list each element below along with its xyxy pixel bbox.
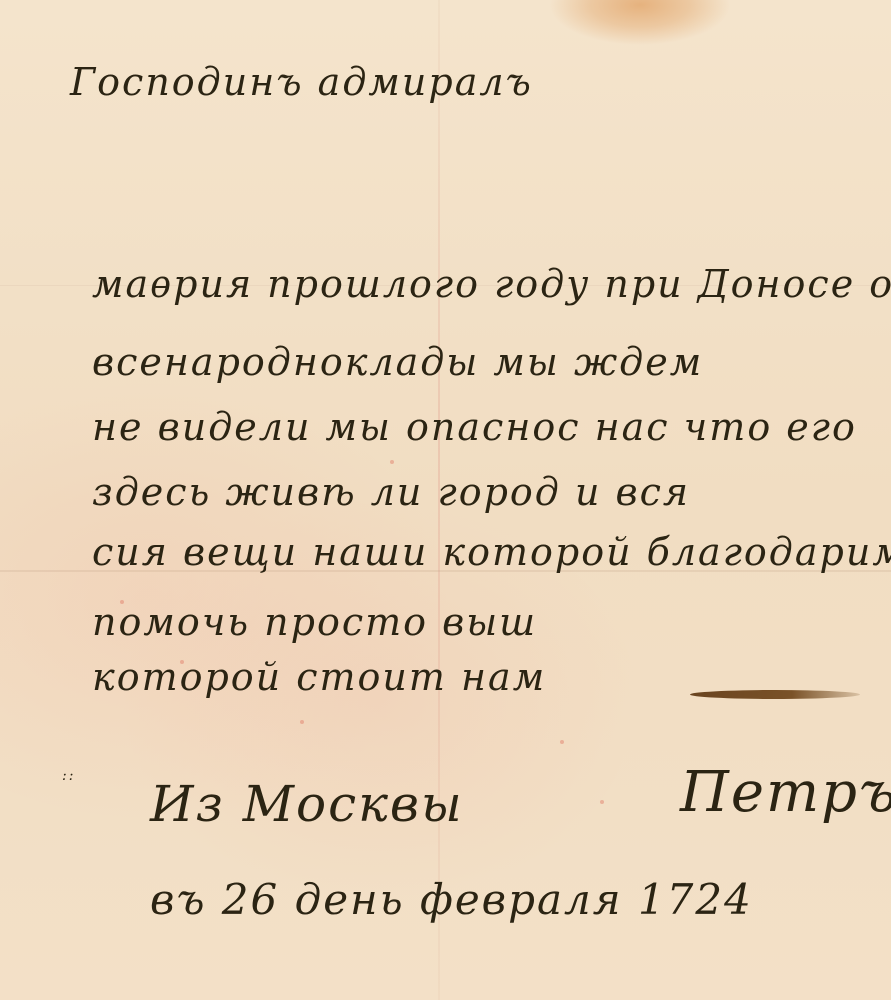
ink-speck: [560, 740, 564, 744]
margin-mark: ::: [62, 768, 75, 784]
manuscript-page: Господинъ адмиралъ маѳрия прошлого году …: [0, 0, 891, 1000]
closing-place: Из Москвы: [150, 775, 464, 833]
body-line-3: не видели мы опаснос нас что его: [92, 405, 857, 449]
body-line-5: сия вещи наши которой благодарим: [92, 530, 891, 574]
letter-salutation: Господинъ адмиралъ: [70, 60, 533, 104]
date-line: въ 26 день февраля 1724: [150, 875, 753, 924]
body-line-6: помочь просто выш: [92, 600, 537, 644]
signature: Петръ: [680, 760, 891, 825]
body-line-2: всенародноклады мы ждем: [92, 340, 703, 384]
body-line-1: маѳрия прошлого году при Доносе о ри: [92, 262, 891, 306]
body-line-7: которой стоит нам: [92, 655, 546, 699]
body-line-4: здесь живѣ ли город и вся: [92, 470, 690, 514]
ink-speck: [390, 460, 394, 464]
ink-speck: [300, 720, 304, 724]
ink-flourish: [690, 690, 860, 699]
ink-speck: [600, 800, 604, 804]
